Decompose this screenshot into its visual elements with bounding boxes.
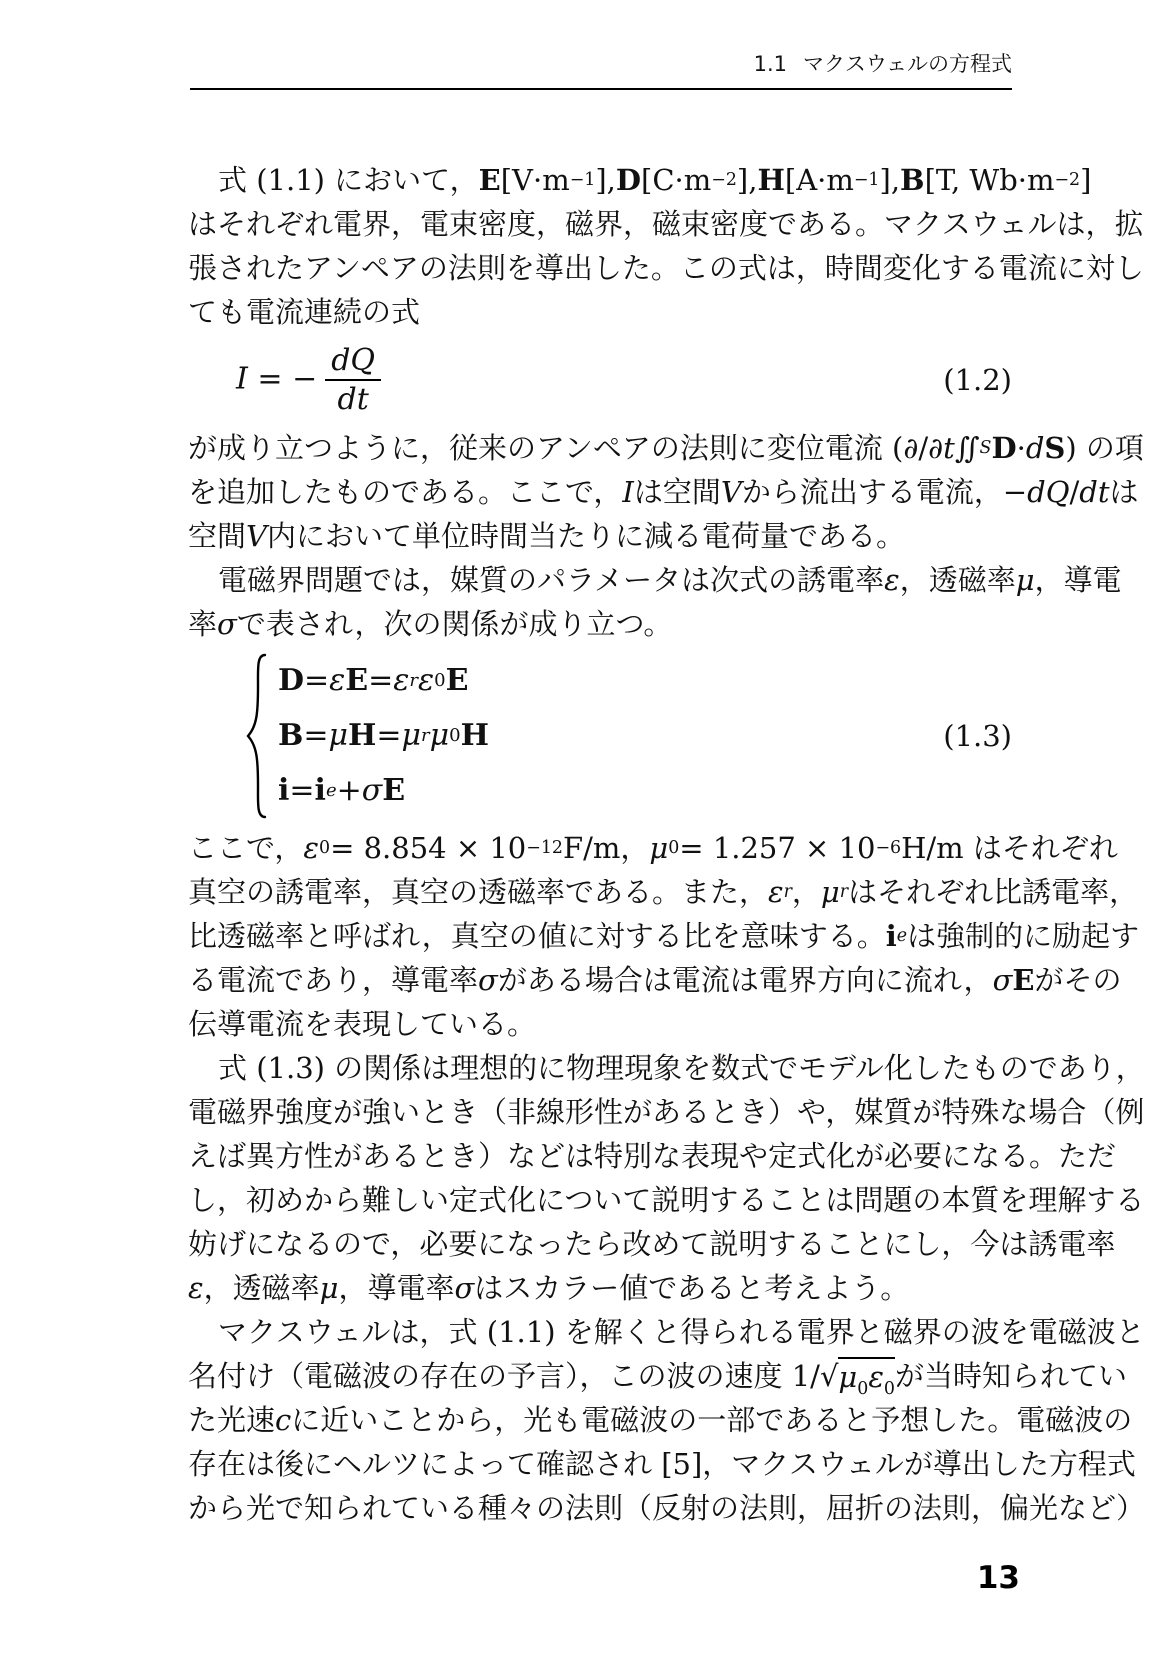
text-line: ても電流連続の式	[188, 290, 1012, 334]
text-line: 存在は後にヘルツによって確認され [5]，マクスウェルが導出した方程式	[188, 1442, 1012, 1486]
text-line: 名付け（電磁波の存在の予言），この波の速度 1/√μ0ε0 が当時知られてい	[188, 1354, 1012, 1398]
equation-1-2-body: I = −dQdt	[236, 346, 381, 415]
equation-line: D = εE = εr ε0E	[278, 654, 489, 709]
text-line: 式 (1.1) において，E[V·m−1], D[C·m−2], H[A·m−1…	[188, 158, 1012, 202]
page-body: 式 (1.1) において，E[V·m−1], D[C·m−2], H[A·m−1…	[188, 158, 1012, 1530]
equation-1-3: D = εE = εr ε0E B = μH = μr μ0H i = ie +…	[188, 646, 1012, 826]
text-line: 比透磁率と呼ばれ，真空の値に対する比を意味する。ie は強制的に励起す	[188, 914, 1012, 958]
text-line: た光速 c に近いことから，光も電磁波の一部であると予想した。電磁波の	[188, 1398, 1012, 1442]
text-line: 妨げになるので，必要になったら改めて説明することにし，今は誘電率	[188, 1222, 1012, 1266]
text-line: 伝導電流を表現している。	[188, 1002, 1012, 1046]
running-head: 1.1マクスウェルの方程式	[188, 48, 1012, 78]
fraction: dQdt	[325, 346, 381, 415]
equation-line: B = μH = μr μ0H	[278, 709, 489, 764]
header-rule	[190, 88, 1012, 90]
section-title: マクスウェルの方程式	[803, 52, 1012, 76]
equation-1-3-body: D = εE = εr ε0E B = μH = μr μ0H i = ie +…	[244, 652, 489, 820]
equation-lines: D = εE = εr ε0E B = μH = μr μ0H i = ie +…	[278, 654, 489, 819]
text-line: 電磁界強度が強いとき（非線形性があるとき）や，媒質が特殊な場合（例	[188, 1090, 1012, 1134]
text-line: ここで，ε0 = 8.854 × 10−12 F/m，μ0 = 1.257 × …	[188, 826, 1012, 870]
text-line: ε，透磁率 μ，導電率 σ はスカラー値であると考えよう。	[188, 1266, 1012, 1310]
text-line: えば異方性があるとき）などは特別な表現や定式化が必要になる。ただ	[188, 1134, 1012, 1178]
text-line: し，初めから難しい定式化について説明することは問題の本質を理解する	[188, 1178, 1012, 1222]
equation-line: i = ie + σE	[278, 764, 489, 819]
equation-number: (1.2)	[943, 363, 1012, 398]
textbook-page: 1.1マクスウェルの方程式 式 (1.1) において，E[V·m−1], D[C…	[0, 0, 1165, 1654]
text-line: 張されたアンペアの法則を導出した。この式は，時間変化する電流に対し	[188, 246, 1012, 290]
page-number: 13	[188, 1560, 1020, 1596]
text-line: マクスウェルは，式 (1.1) を解くと得られる電界と磁界の波を電磁波と	[188, 1310, 1012, 1354]
section-number: 1.1	[754, 52, 787, 76]
equation-number: (1.3)	[943, 719, 1012, 754]
equation-1-2: I = −dQdt (1.2)	[188, 334, 1012, 426]
text-line: を追加したものである。ここで，I は空間 V から流出する電流，−dQ/dt は	[188, 470, 1012, 514]
text-line: から光で知られている種々の法則（反射の法則，屈折の法則，偏光など）	[188, 1486, 1012, 1530]
text-line: はそれぞれ電界，電束密度，磁界，磁束密度である。マクスウェルは，拡	[188, 202, 1012, 246]
text-line: 率 σ で表され，次の関係が成り立つ。	[188, 602, 1012, 646]
text-line: 真空の誘電率，真空の透磁率である。また，εr，μr はそれぞれ比誘電率，	[188, 870, 1012, 914]
text-line: 空間 V 内において単位時間当たりに減る電荷量である。	[188, 514, 1012, 558]
left-brace	[244, 652, 268, 820]
text-line: る電流であり，導電率 σ がある場合は電流は電界方向に流れ，σE がその	[188, 958, 1012, 1002]
text-line: 電磁界問題では，媒質のパラメータは次式の誘電率 ε，透磁率 μ，導電	[188, 558, 1012, 602]
text-line: 式 (1.3) の関係は理想的に物理現象を数式でモデル化したものであり，	[188, 1046, 1012, 1090]
text-line: が成り立つように，従来のアンペアの法則に変位電流 (∂/∂t ∬S D · dS…	[188, 426, 1012, 470]
